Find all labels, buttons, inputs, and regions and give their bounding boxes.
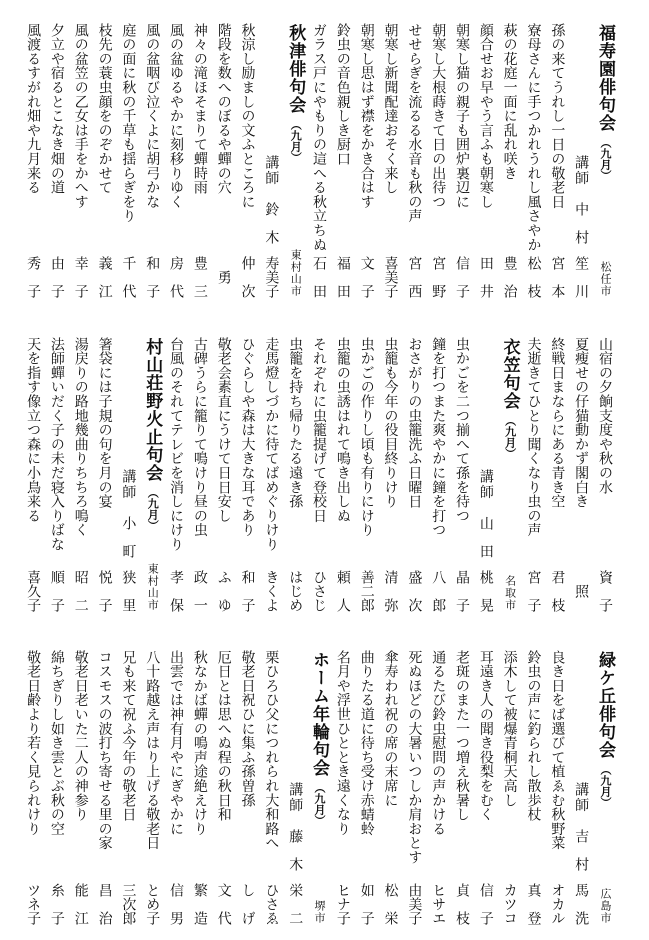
haiku-text: 夫逝きてひとり聞くなり虫の声 <box>522 337 546 537</box>
band-middle: 山宿の夕餉支度や秋の水資子 夏瘦せの仔猫動かず閣白き照 終戦日まならにある青き空… <box>0 337 649 617</box>
haiku-author: 石田 <box>307 256 331 298</box>
section-month: （九月） <box>599 137 612 181</box>
haiku-entry: 風の盆咽び泣くよに胡弓かな和子 <box>140 23 164 303</box>
haiku-author: 松栄 <box>379 883 403 925</box>
haiku-entry: 名月や浮世ひととき遠くなりヒナ子 <box>331 650 355 930</box>
haiku-author: 喜美子 <box>379 256 403 298</box>
haiku-author: 幸子 <box>69 256 93 298</box>
haiku-author: 宮本 <box>545 256 569 298</box>
haiku-text: 朝寒し猫の親子も囲炉裏辺に <box>450 23 474 209</box>
haiku-author: 信子 <box>474 883 498 925</box>
section-header: ホーム年輪句会（九月） 堺市 <box>307 650 331 930</box>
haiku-text: 終戦日まならにある青き空 <box>545 337 569 509</box>
haiku-text: 秋なかば蟬の鳴声途絶えけり <box>188 650 212 836</box>
haiku-entry: 出雲では神有月やにぎやかに信男 <box>164 650 188 930</box>
haiku-entry: 鐘を打つまた爽やかに鐘を打つ八郎 <box>426 337 450 617</box>
haiku-entry: ひぐらしや森は大きな耳であり和子 <box>236 337 260 617</box>
haiku-author: 真登 <box>522 883 546 925</box>
haiku-text: おさがりの虫籠洗ふ日曜日 <box>402 337 426 509</box>
haiku-text: 出雲では神有月やにぎやかに <box>164 650 188 836</box>
haiku-entry: 神々の滝ほそまりて蟬時雨豊三 <box>188 23 212 303</box>
haiku-entry: それぞれに虫籠提げて登校日ひさじ <box>307 337 331 617</box>
haiku-author: 政一 <box>188 570 212 612</box>
haiku-text: 朝寒し思はず襟をかき合はす <box>355 23 379 209</box>
haiku-author: しげ <box>236 883 260 925</box>
lecturer-family-name: 鈴木 <box>259 202 283 244</box>
haiku-text: 階段を数へのぼるや蟬の穴 <box>212 23 236 195</box>
lecturer-label: 講師 <box>259 155 283 186</box>
haiku-entry: おさがりの虫籠洗ふ日曜日盛次 <box>402 337 426 617</box>
haiku-author: 秀子 <box>21 256 45 298</box>
haiku-text: 通るたび鈴虫慰問の声かける <box>426 650 450 836</box>
lecturer-family-name: 藤木 <box>283 829 307 871</box>
haiku-entry: 孫の来てうれし一日の敬老日宮本 <box>545 23 569 303</box>
haiku-entry: 風の盆笠の乙女は手をかへす幸子 <box>69 23 93 303</box>
section-title-block: 村山荘野火止句会（九月） <box>140 338 164 531</box>
haiku-entry: 秋涼し励ましの文ふところに仲次 <box>236 23 260 303</box>
haiku-text: 萩の花庭一面に乱れ咲き <box>498 23 522 180</box>
haiku-entry: 敬老会素直にうけて日日安しふゆ <box>212 337 236 617</box>
haiku-entry: 通るたび鈴虫慰問の声かけるヒサエ <box>426 650 450 930</box>
haiku-entry: 八十路越え声はり上げる敬老日とめ子 <box>140 650 164 930</box>
haiku-entry: 鈴虫の音色親しき厨口福田 <box>331 23 355 303</box>
haiku-entry: 傘寿われ祝の席の末席に松栄 <box>379 650 403 930</box>
haiku-author: カツコ <box>498 883 522 925</box>
haiku-author: 三次郎 <box>116 883 140 925</box>
haiku-text: 添木して被爆青桐天高し <box>498 650 522 807</box>
haiku-entry: 虫籠も今年の役目終りけり清弥 <box>379 337 403 617</box>
haiku-text: 夕立や宿るとこなき畑の道 <box>45 23 69 195</box>
haiku-author: はじめ <box>283 570 307 612</box>
section-title: 村山荘野火止句会 <box>142 338 162 482</box>
haiku-entry: 顔合せお早やう言ふも朝寒し田井 <box>474 23 498 303</box>
haiku-text: 敬老日祝ひに集ふ孫曽孫 <box>236 650 260 807</box>
haiku-text: 走馬燈しづかに待てばめぐりけり <box>259 337 283 552</box>
haiku-text: 庭の面に秋の千草も揺らぎをり <box>116 23 140 223</box>
haiku-text: 敬老日老いた二人の神参り <box>69 650 93 822</box>
lecturer-given-name: 桃晃 <box>474 570 498 612</box>
section-title-block: ホーム年輪句会（九月） <box>307 651 331 826</box>
haiku-author: 房代 <box>164 256 188 298</box>
section-location: 東村山市 <box>140 563 164 611</box>
haiku-text: 虫かごの作りし頃も有りにけり <box>355 337 379 537</box>
haiku-text: ガラス戸にやもりの這へる秋立ちぬ <box>307 23 331 252</box>
haiku-entry: 走馬燈しづかに待てばめぐりけりきくよ <box>259 337 283 617</box>
haiku-entry: 曲りたる道に待ち受け赤蜻蛉如子 <box>355 650 379 930</box>
haiku-entry: 寮母さんに手つかれうれし風さやか松枝 <box>522 23 546 303</box>
lecturer-line: 講師 藤木 栄二 <box>283 650 307 930</box>
haiku-text: 夏瘦せの仔猫動かず閣白き <box>569 337 593 509</box>
haiku-author: 糸子 <box>45 883 69 925</box>
haiku-author: 和子 <box>236 570 260 612</box>
haiku-entry: 虫籠を持ち帰りたる遠き孫はじめ <box>283 337 307 617</box>
haiku-author: ひさじ <box>307 570 331 612</box>
haiku-text: 秋涼し励ましの文ふところに <box>236 23 260 209</box>
haiku-text: 朝寒し新聞配達おそく来し <box>379 23 403 195</box>
lecturer-line: 講師 吉村 馬洗 <box>569 650 593 930</box>
lecturer-line: 講師 小町 狭里 <box>116 337 140 617</box>
section-location: 東村山市 <box>283 249 307 297</box>
section-month: （九月） <box>504 415 517 459</box>
haiku-entry: 耳遠き人の聞き役梨をむく信子 <box>474 650 498 930</box>
section-title-block: 秋津俳句会（九月） <box>283 24 307 163</box>
haiku-entry: 終戦日まならにある青き空君枝 <box>545 337 569 617</box>
lecturer-family-name: 山田 <box>474 516 498 558</box>
band-bottom: 緑ケ丘俳句会（九月） 広島市 講師 吉村 馬洗 良き日をば選びて植ゑむ秋野菜オカ… <box>0 650 649 930</box>
haiku-author: ツネ子 <box>21 883 45 925</box>
haiku-entry: 庭の面に秋の千草も揺らぎをり千代 <box>116 23 140 303</box>
lecturer-label: 講師 <box>569 782 593 813</box>
haiku-entry: 天を指す像立つ森に小鳥来る喜久子 <box>21 337 45 617</box>
haiku-entry: 敬老日齢より若く見られけりツネ子 <box>21 650 45 930</box>
haiku-author: 由美子 <box>402 883 426 925</box>
haiku-entry: 栗ひろひ父につれられ大和路へひさゑ <box>259 650 283 930</box>
haiku-entry: 添木して被爆青桐天高しカツコ <box>498 650 522 930</box>
haiku-author: 君枝 <box>545 570 569 612</box>
haiku-text: 神々の滝ほそまりて蟬時雨 <box>188 23 212 195</box>
haiku-text: 八十路越え声はり上げる敬老日 <box>140 650 164 850</box>
haiku-author: 照 <box>569 570 593 612</box>
haiku-entry: ガラス戸にやもりの這へる秋立ちぬ石田 <box>307 23 331 303</box>
haiku-text: 山宿の夕餉支度や秋の水 <box>593 337 617 494</box>
haiku-text: 兄も来て祝ふ今年の敬老日 <box>116 650 140 822</box>
haiku-text: 綿ちぎりし如き雲とぶ秋の空 <box>45 650 69 836</box>
haiku-text: 虫かごを二つ揃へて孫を待つ <box>450 337 474 523</box>
haiku-author: 田井 <box>474 256 498 298</box>
haiku-author: 盛次 <box>402 570 426 612</box>
lecturer-given-name: 馬洗 <box>569 883 593 925</box>
section-title: 緑ケ丘俳句会 <box>595 651 615 759</box>
haiku-entry: 鈴虫の声に釣られし散歩杖真登 <box>522 650 546 930</box>
haiku-author: 宮野 <box>426 256 450 298</box>
haiku-text: 耳遠き人の聞き役梨をむく <box>474 650 498 822</box>
haiku-author: 善二郎 <box>355 570 379 612</box>
lecturer-label: 講師 <box>474 469 498 500</box>
section-month: （九月） <box>599 764 612 808</box>
haiku-entry: 夕立や宿るとこなき畑の道由子 <box>45 23 69 303</box>
lecturer-given-name: 笙川 <box>569 256 593 298</box>
haiku-author: 松枝 <box>522 256 546 298</box>
section-header: 衣笠句会（九月） 名取市 <box>498 337 522 617</box>
section-title: 福寿園俳句会 <box>595 24 615 132</box>
haiku-entry: 枝先の蓑虫顔をのぞかせて義江 <box>93 23 117 303</box>
haiku-text: 風の盆笠の乙女は手をかへす <box>69 23 93 209</box>
haiku-entry: 兄も来て祝ふ今年の敬老日三次郎 <box>116 650 140 930</box>
haiku-text: 敬老会素直にうけて日日安し <box>212 337 236 523</box>
haiku-author: ヒサエ <box>426 883 450 925</box>
haiku-entry: 風渡るすがれ畑や九月来る秀子 <box>21 23 45 303</box>
haiku-text: 法師蟬いだく子の未だ寝入りばな <box>45 337 69 552</box>
section-title: ホーム年輪句会 <box>309 651 329 777</box>
haiku-author: 豊三 <box>188 256 212 298</box>
haiku-text: 顔合せお早やう言ふも朝寒し <box>474 23 498 209</box>
lecturer-family-name: 中村 <box>569 202 593 244</box>
haiku-author: オカル <box>545 883 569 925</box>
section-location: 堺市 <box>307 900 331 924</box>
haiku-text: 虫籠を持ち帰りたる遠き孫 <box>283 337 307 509</box>
haiku-author: 頼人 <box>331 570 355 612</box>
haiku-entry: 古碑うらに籠りて鳴けり昼の虫政一 <box>188 337 212 617</box>
haiku-text: 虫籠の虫誘はれて鳴き出しぬ <box>331 337 355 523</box>
haiku-author: 能江 <box>69 883 93 925</box>
haiku-entry: 厄日とは思へぬ程の秋日和文代 <box>212 650 236 930</box>
haiku-author: 晶子 <box>450 570 474 612</box>
haiku-author: 文子 <box>355 256 379 298</box>
haiku-entry: 夫逝きてひとり聞くなり虫の声宮子 <box>522 337 546 617</box>
section-title-block: 衣笠句会（九月） <box>498 338 522 459</box>
haiku-text: 名月や浮世ひととき遠くなり <box>331 650 355 836</box>
haiku-author: 仲次 <box>236 256 260 298</box>
haiku-author: ふゆ <box>212 570 236 612</box>
section-month: （九月） <box>146 487 159 531</box>
haiku-text: ひぐらしや森は大きな耳であり <box>236 337 260 537</box>
lecturer-line: 講師 中村 笙川 <box>569 23 593 303</box>
haiku-author: ひさゑ <box>259 883 283 925</box>
section-header: 緑ケ丘俳句会（九月） 広島市 <box>593 650 617 930</box>
lecturer-given-name: 狭里 <box>116 570 140 612</box>
lecturer-label: 講師 <box>569 155 593 186</box>
section-location: 松任市 <box>593 261 617 297</box>
haiku-entry: 朝寒し新聞配達おそく来し喜美子 <box>379 23 403 303</box>
haiku-entry: コスモスの波打ち寄せる里の家昌治 <box>93 650 117 930</box>
haiku-author: 八郎 <box>426 570 450 612</box>
haiku-text: 敬老日齢より若く見られけり <box>21 650 45 836</box>
haiku-entry: 虫かごの作りし頃も有りにけり善二郎 <box>355 337 379 617</box>
haiku-entry: 虫籠の虫誘はれて鳴き出しぬ頼人 <box>331 337 355 617</box>
lecturer-given-name: 寿美子 <box>259 256 283 298</box>
haiku-entry: 敬老日老いた二人の神参り能江 <box>69 650 93 930</box>
section-title: 秋津俳句会 <box>285 24 305 114</box>
haiku-author: 豊治 <box>498 256 522 298</box>
lecturer-family-name: 吉村 <box>569 829 593 871</box>
haiku-text: 天を指す像立つ森に小鳥来る <box>21 337 45 523</box>
haiku-text: 箸袋には子規の句を月の宴 <box>93 337 117 509</box>
haiku-text: 曲りたる道に待ち受け赤蜻蛉 <box>355 650 379 836</box>
haiku-text: それぞれに虫籠提げて登校日 <box>307 337 331 523</box>
haiku-author: 順子 <box>45 570 69 612</box>
haiku-author: 昌治 <box>93 883 117 925</box>
haiku-text: 風の盆ゆるやかに刻移りゆく <box>164 23 188 209</box>
haiku-entry: 箸袋には子規の句を月の宴悦子 <box>93 337 117 617</box>
haiku-entry: 萩の花庭一面に乱れ咲き豊治 <box>498 23 522 303</box>
haiku-entry: 山宿の夕餉支度や秋の水資子 <box>593 337 617 617</box>
haiku-text: 厄日とは思へぬ程の秋日和 <box>212 650 236 822</box>
haiku-author: 義江 <box>93 256 117 298</box>
haiku-author: 信男 <box>164 883 188 925</box>
haiku-author: 信子 <box>450 256 474 298</box>
haiku-entry: 老斑のまた一つ増え秋暑し貞枝 <box>450 650 474 930</box>
band-top: 福寿園俳句会（九月） 松任市 講師 中村 笙川 孫の来てうれし一日の敬老日宮本 … <box>0 23 649 303</box>
haiku-text: 鈴虫の音色親しき厨口 <box>331 23 355 166</box>
lecturer-given-name: 栄二 <box>283 883 307 925</box>
haiku-text: 傘寿われ祝の席の末席に <box>379 650 403 807</box>
lecturer-label: 講師 <box>116 469 140 500</box>
haiku-text: 台風のそれてテレビを消しにけり <box>164 337 188 552</box>
haiku-author: 由子 <box>45 256 69 298</box>
haiku-page: 福寿園俳句会（九月） 松任市 講師 中村 笙川 孫の来てうれし一日の敬老日宮本 … <box>0 0 649 940</box>
haiku-author: 昭二 <box>69 570 93 612</box>
haiku-entry: 朝寒し大根蒔きて日の出待つ宮野 <box>426 23 450 303</box>
haiku-entry: 良き日をば選びて植ゑむ秋野菜オカル <box>545 650 569 930</box>
haiku-entry: せせらぎを流るる水音も秋の声宮西 <box>402 23 426 303</box>
haiku-text: 死ぬほどの大暑いつしか肩おとす <box>402 650 426 865</box>
haiku-entry: 敬老日祝ひに集ふ孫曽孫しげ <box>236 650 260 930</box>
haiku-text: 枝先の蓑虫顔をのぞかせて <box>93 23 117 195</box>
haiku-author: 喜久子 <box>21 570 45 612</box>
lecturer-family-name: 小町 <box>116 516 140 558</box>
haiku-text: 寮母さんに手つかれうれし風さやか <box>522 23 546 252</box>
section-location: 名取市 <box>498 575 522 611</box>
haiku-entry: 風の盆ゆるやかに刻移りゆく房代 <box>164 23 188 303</box>
haiku-entry: 夏瘦せの仔猫動かず閣白き照 <box>569 337 593 617</box>
haiku-entry: 法師蟬いだく子の未だ寝入りばな順子 <box>45 337 69 617</box>
lecturer-line: 講師 鈴木 寿美子 <box>259 23 283 303</box>
lecturer-label: 講師 <box>283 782 307 813</box>
haiku-author: きくよ <box>259 570 283 612</box>
haiku-text: 良き日をば選びて植ゑむ秋野菜 <box>545 650 569 850</box>
haiku-text: 湯戻りの路地幾曲りちちろ鳴く <box>69 337 93 537</box>
haiku-text: コスモスの波打ち寄せる里の家 <box>93 650 117 850</box>
haiku-author: 繁造 <box>188 883 212 925</box>
haiku-author: 和子 <box>140 256 164 298</box>
section-month: （九月） <box>313 782 326 826</box>
section-title: 衣笠句会 <box>500 338 520 410</box>
haiku-author: ヒナ子 <box>331 883 355 925</box>
haiku-author: 孝保 <box>164 570 188 612</box>
section-location: 広島市 <box>593 888 617 924</box>
haiku-entry: 死ぬほどの大暑いつしか肩おとす由美子 <box>402 650 426 930</box>
section-month: （九月） <box>289 119 302 163</box>
haiku-text: せせらぎを流るる水音も秋の声 <box>402 23 426 223</box>
haiku-text: 鈴虫の声に釣られし散歩杖 <box>522 650 546 822</box>
section-header: 秋津俳句会（九月） 東村山市 <box>283 23 307 303</box>
haiku-entry: 虫かごを二つ揃へて孫を待つ晶子 <box>450 337 474 617</box>
haiku-author: 清弥 <box>379 570 403 612</box>
haiku-entry: 朝寒し思はず襟をかき合はす文子 <box>355 23 379 303</box>
haiku-author: とめ子 <box>140 883 164 925</box>
haiku-author: 宮子 <box>522 570 546 612</box>
haiku-entry: 綿ちぎりし如き雲とぶ秋の空糸子 <box>45 650 69 930</box>
haiku-author: 千代 <box>116 256 140 298</box>
lecturer-line: 講師 山田 桃晃 <box>474 337 498 617</box>
haiku-author: 文代 <box>212 883 236 925</box>
section-title-block: 緑ケ丘俳句会（九月） <box>593 651 617 808</box>
haiku-author: 如子 <box>355 883 379 925</box>
haiku-author: 資子 <box>593 570 617 612</box>
haiku-text: 栗ひろひ父につれられ大和路へ <box>259 650 283 850</box>
haiku-entry: 朝寒し猫の親子も囲炉裏辺に信子 <box>450 23 474 303</box>
section-title-block: 福寿園俳句会（九月） <box>593 24 617 181</box>
haiku-author: 悦子 <box>93 570 117 612</box>
haiku-text: 鐘を打つまた爽やかに鐘を打つ <box>426 337 450 537</box>
haiku-entry: 秋なかば蟬の鳴声途絶えけり繁造 <box>188 650 212 930</box>
haiku-entry: 湯戻りの路地幾曲りちちろ鳴く昭二 <box>69 337 93 617</box>
section-header: 村山荘野火止句会（九月） 東村山市 <box>140 337 164 617</box>
haiku-entry: 階段を数へのぼるや蟬の穴勇 <box>212 23 236 303</box>
haiku-text: 孫の来てうれし一日の敬老日 <box>545 23 569 209</box>
haiku-author: 宮西 <box>402 256 426 298</box>
haiku-text: 古碑うらに籠りて鳴けり昼の虫 <box>188 337 212 537</box>
haiku-author: 勇 <box>212 256 236 298</box>
haiku-entry: 台風のそれてテレビを消しにけり孝保 <box>164 337 188 617</box>
haiku-text: 虫籠も今年の役目終りけり <box>379 337 403 509</box>
haiku-author: 福田 <box>331 256 355 298</box>
haiku-author: 貞枝 <box>450 883 474 925</box>
section-header: 福寿園俳句会（九月） 松任市 <box>593 23 617 303</box>
haiku-text: 風渡るすがれ畑や九月来る <box>21 23 45 195</box>
haiku-text: 風の盆咽び泣くよに胡弓かな <box>140 23 164 209</box>
haiku-text: 老斑のまた一つ増え秋暑し <box>450 650 474 822</box>
haiku-text: 朝寒し大根蒔きて日の出待つ <box>426 23 450 209</box>
